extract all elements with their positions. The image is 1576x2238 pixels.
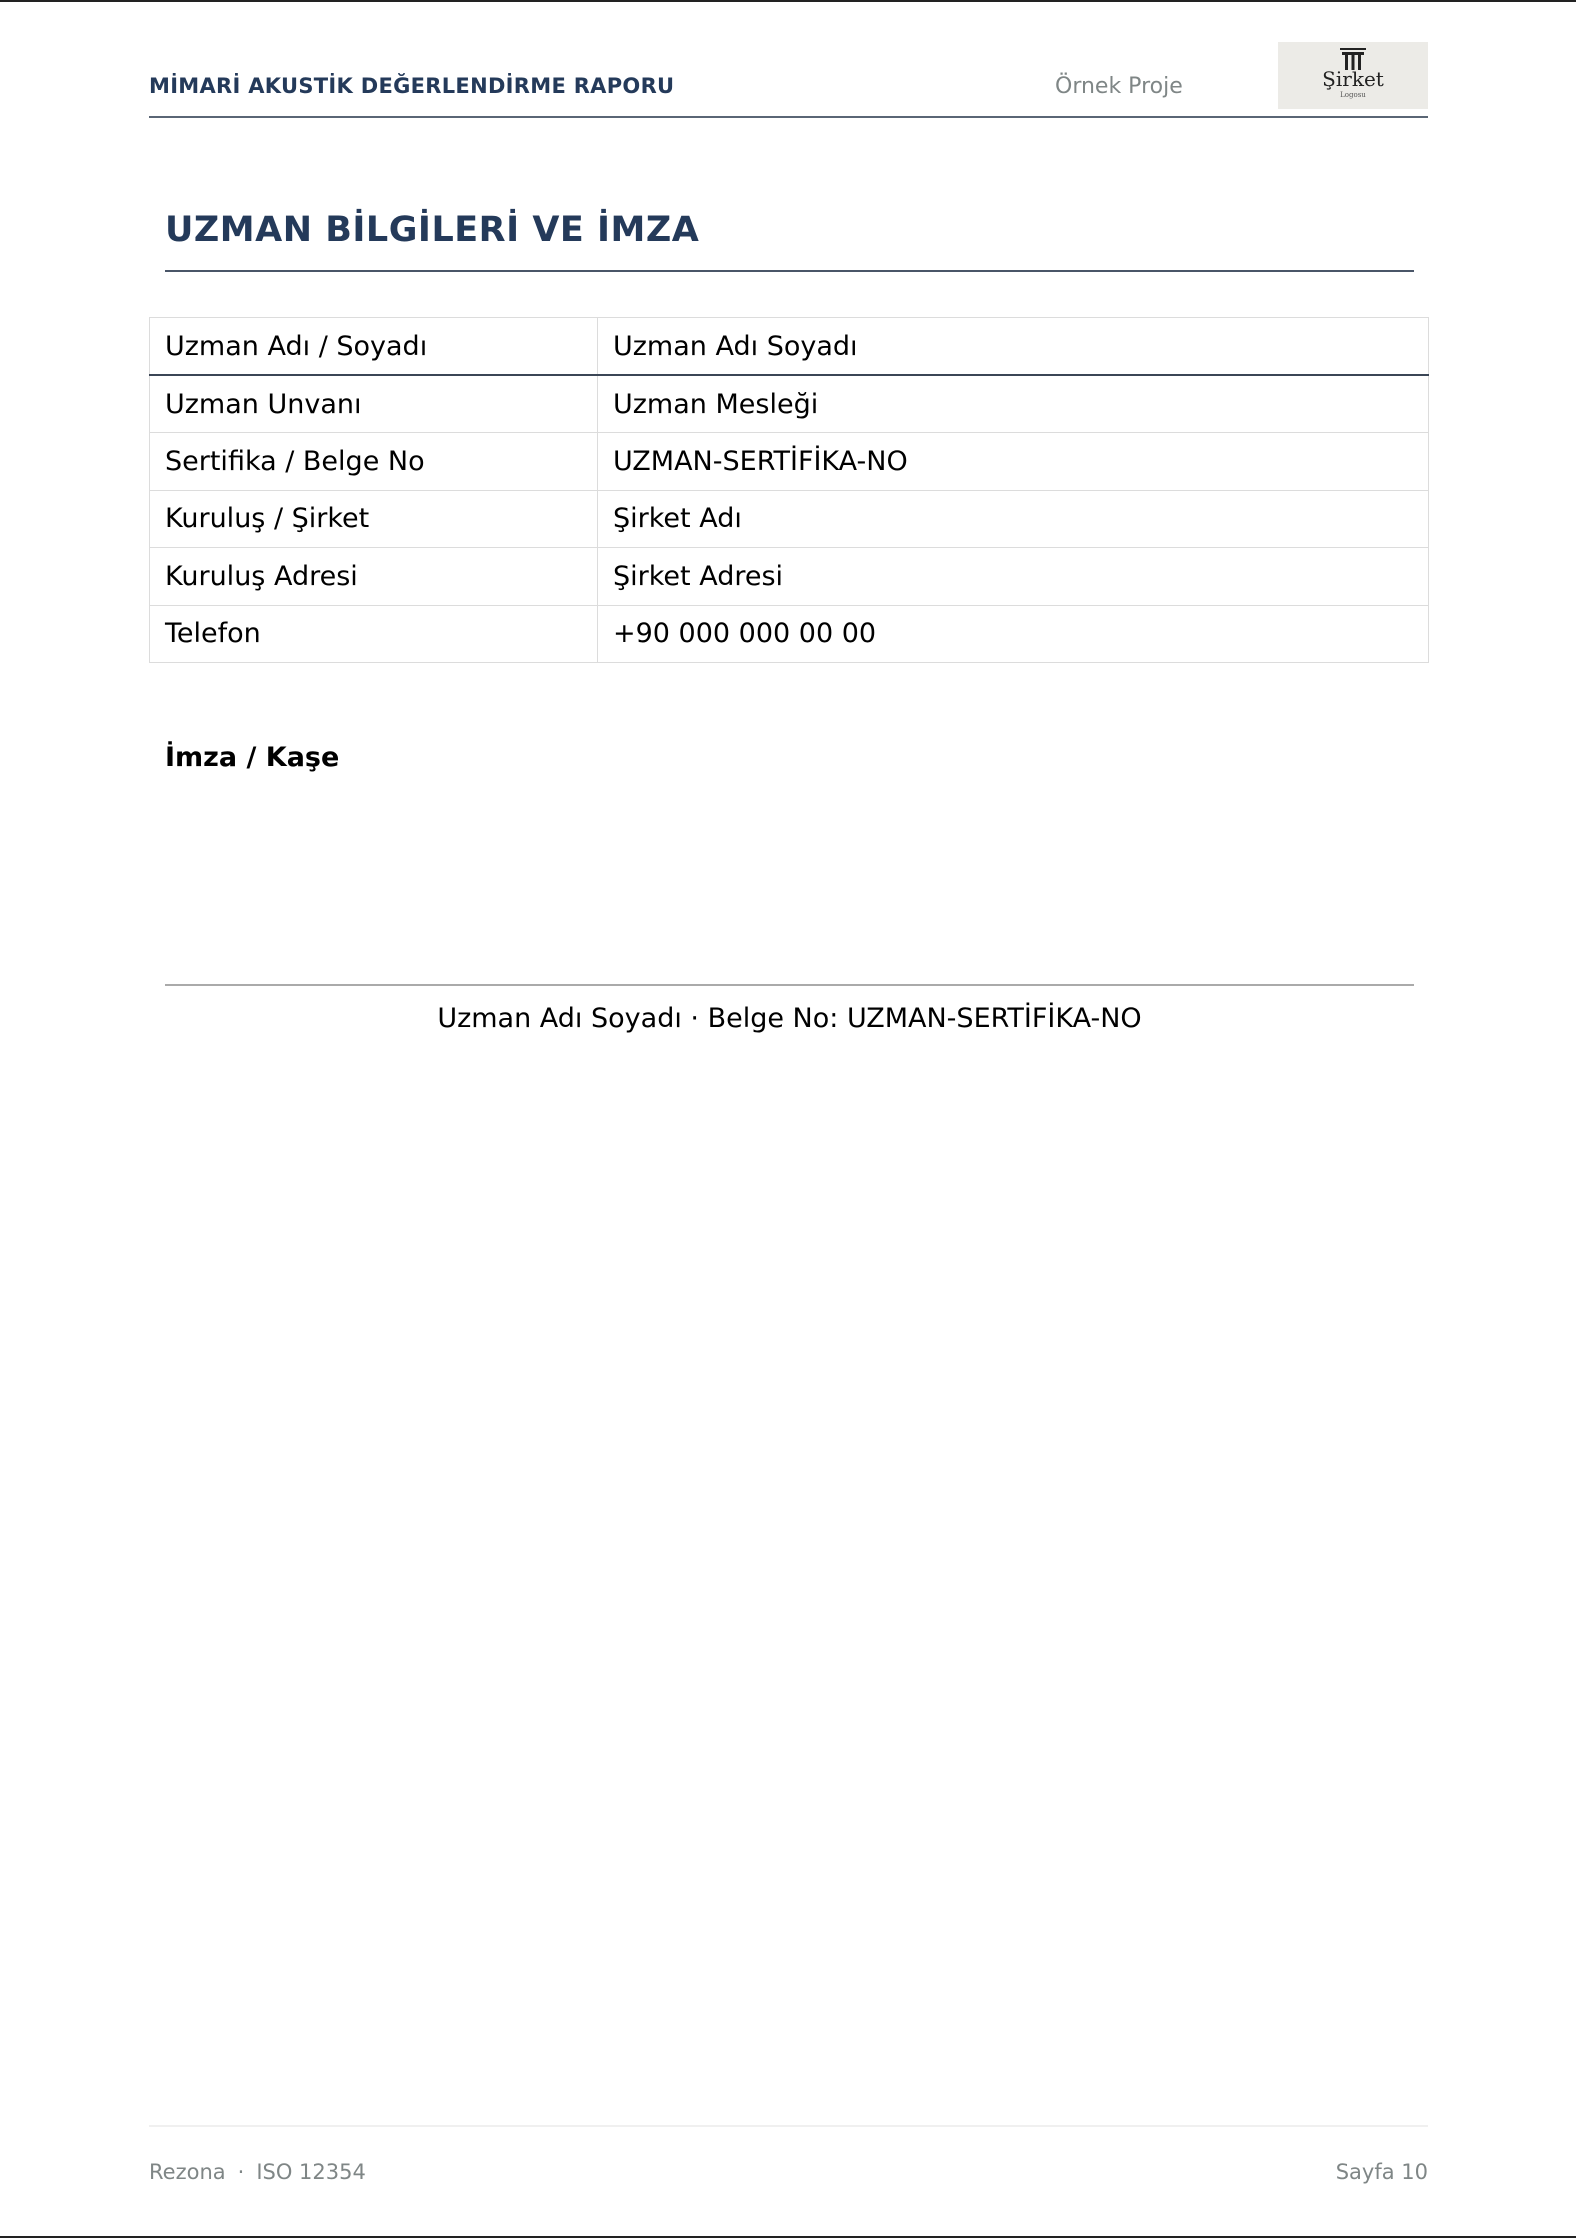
footer-left: Rezona·ISO 12354	[149, 2160, 366, 2184]
logo-name: Şirket	[1278, 69, 1428, 89]
footer-brand: Rezona	[149, 2160, 226, 2184]
row-value: Şirket Adı	[598, 490, 1429, 548]
page-number: Sayfa 10	[1336, 2160, 1428, 2184]
row-label: Telefon	[150, 605, 598, 663]
signature-line	[165, 984, 1414, 986]
table-row: Uzman Adı / Soyadı Uzman Adı Soyadı	[150, 318, 1429, 376]
table-row: Telefon +90 000 000 00 00	[150, 605, 1429, 663]
expert-info-table: Uzman Adı / Soyadı Uzman Adı Soyadı Uzma…	[149, 317, 1429, 663]
row-value: Uzman Adı Soyadı	[598, 318, 1429, 376]
table-row: Sertifika / Belge No UZMAN-SERTİFİKA-NO	[150, 433, 1429, 491]
footer-divider	[149, 2125, 1428, 2127]
row-value: Uzman Mesleği	[598, 375, 1429, 433]
row-label: Uzman Unvanı	[150, 375, 598, 433]
row-value: UZMAN-SERTİFİKA-NO	[598, 433, 1429, 491]
company-logo: Şirket Logosu	[1278, 42, 1428, 109]
project-name: Örnek Proje	[1055, 74, 1183, 99]
table-row: Kuruluş Adresi Şirket Adresi	[150, 548, 1429, 606]
table-row: Uzman Unvanı Uzman Mesleği	[150, 375, 1429, 433]
row-label: Uzman Adı / Soyadı	[150, 318, 598, 376]
row-value: Şirket Adresi	[598, 548, 1429, 606]
row-label: Sertifika / Belge No	[150, 433, 598, 491]
row-label: Kuruluş Adresi	[150, 548, 598, 606]
row-value: +90 000 000 00 00	[598, 605, 1429, 663]
logo-subtitle: Logosu	[1278, 91, 1428, 99]
section-title: UZMAN BİLGİLERİ VE İMZA	[165, 210, 699, 250]
table-row: Kuruluş / Şirket Şirket Adı	[150, 490, 1429, 548]
footer-separator: ·	[238, 2160, 245, 2184]
section-divider	[165, 270, 1414, 272]
signature-caption: Uzman Adı Soyadı · Belge No: UZMAN-SERTİ…	[165, 1003, 1414, 1034]
report-title: MİMARİ AKUSTİK DEĞERLENDİRME RAPORU	[149, 74, 674, 98]
header-divider	[149, 116, 1428, 118]
signature-label: İmza / Kaşe	[165, 742, 339, 773]
footer-standard: ISO 12354	[256, 2160, 366, 2184]
row-label: Kuruluş / Şirket	[150, 490, 598, 548]
